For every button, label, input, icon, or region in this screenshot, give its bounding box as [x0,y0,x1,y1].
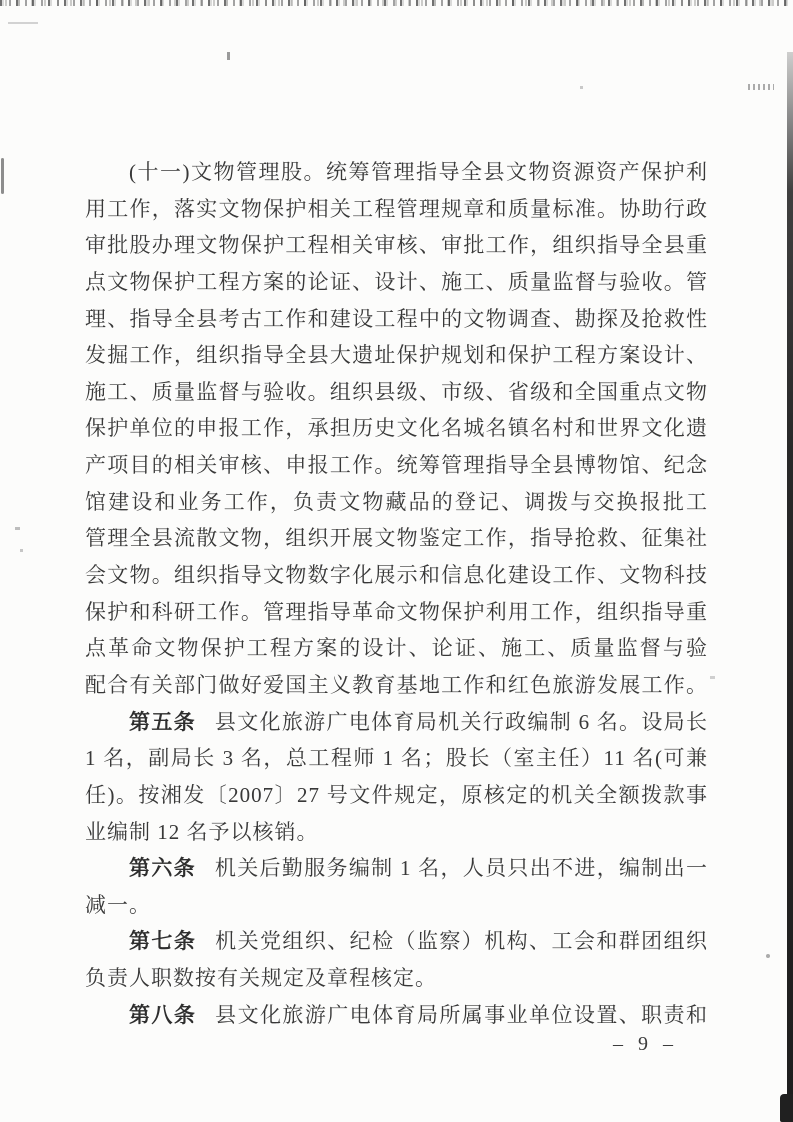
scan-noise-top [0,0,793,6]
text-line: 第八条县文化旅游广电体育局所属事业单位设置、职责和 [85,997,708,1034]
text-line: (十一)文物管理股。统筹管理指导全县文物资源资产保护利 [85,154,708,191]
text-line: 管理全县流散文物，组织开展文物鉴定工作，指导抢救、征集社 [85,520,708,557]
text-line: 馆建设和业务工作，负责文物藏品的登记、调拨与交换报批工作。 [85,484,708,521]
text-line: 保护单位的申报工作，承担历史文化名城名镇名村和世界文化遗 [85,410,708,447]
scan-edge-right [787,52,793,1122]
scan-speck [20,549,23,552]
text-line: 点文物保护工程方案的论证、设计、施工、质量监督与验收。管 [85,264,708,301]
scan-speck [1,158,4,194]
text-line: 施工、质量监督与验收。组织县级、市级、省级和全国重点文物 [85,374,708,411]
scan-speck [15,527,20,530]
text-line: 配合有关部门做好爱国主义教育基地工作和红色旅游发展工作。 [85,667,708,704]
text-line: 发掘工作，组织指导全县大遗址保护规划和保护工程方案设计、 [85,337,708,374]
scan-speck [766,954,770,958]
page-number: – 9 – [613,1033,678,1056]
document-page: (十一)文物管理股。统筹管理指导全县文物资源资产保护利用工作，落实文物保护相关工… [0,0,793,1122]
scan-speck [8,22,38,24]
text-line: 任)。按湘发〔2007〕27 号文件规定，原核定的机关全额拨款事 [85,777,708,814]
scan-speck [580,86,583,89]
text-line: 1 名，副局长 3 名，总工程师 1 名；股长（室主任）11 名(可兼 [85,740,708,777]
text-line: 第七条机关党组织、纪检（监察）机构、工会和群团组织 [85,923,708,960]
document-body: (十一)文物管理股。统筹管理指导全县文物资源资产保护利用工作，落实文物保护相关工… [85,154,708,1033]
text-line: 审批股办理文物保护工程相关审核、审批工作，组织指导全县重 [85,227,708,264]
article-number: 第八条 [129,1003,196,1027]
article-number: 第六条 [129,856,196,880]
text-line: 产项目的相关审核、申报工作。统筹管理指导全县博物馆、纪念 [85,447,708,484]
text-line: 业编制 12 名予以核销。 [85,814,708,851]
text-line: 减一。 [85,887,708,924]
text-line: 负责人职数按有关规定及章程核定。 [85,960,708,997]
text-line: 第六条机关后勤服务编制 1 名，人员只出不进，编制出一 [85,850,708,887]
text-line: 点革命文物保护工程方案的设计、论证、施工、质量监督与验收。 [85,630,708,667]
text-line: 会文物。组织指导文物数字化展示和信息化建设工作、文物科技 [85,557,708,594]
article-number: 第五条 [129,710,196,734]
text-line: 理、指导全县考古工作和建设工程中的文物调查、勘探及抢救性 [85,301,708,338]
scan-speck [227,52,230,60]
scan-corner-artifact [780,1094,793,1122]
scan-speck [710,676,715,679]
article-number: 第七条 [129,929,196,953]
text-line: 保护和科研工作。管理指导革命文物保护利用工作，组织指导重 [85,594,708,631]
text-line: 第五条县文化旅游广电体育局机关行政编制 6 名。设局长 [85,704,708,741]
text-line: 用工作，落实文物保护相关工程管理规章和质量标准。协助行政 [85,191,708,228]
scan-speck [748,84,774,90]
